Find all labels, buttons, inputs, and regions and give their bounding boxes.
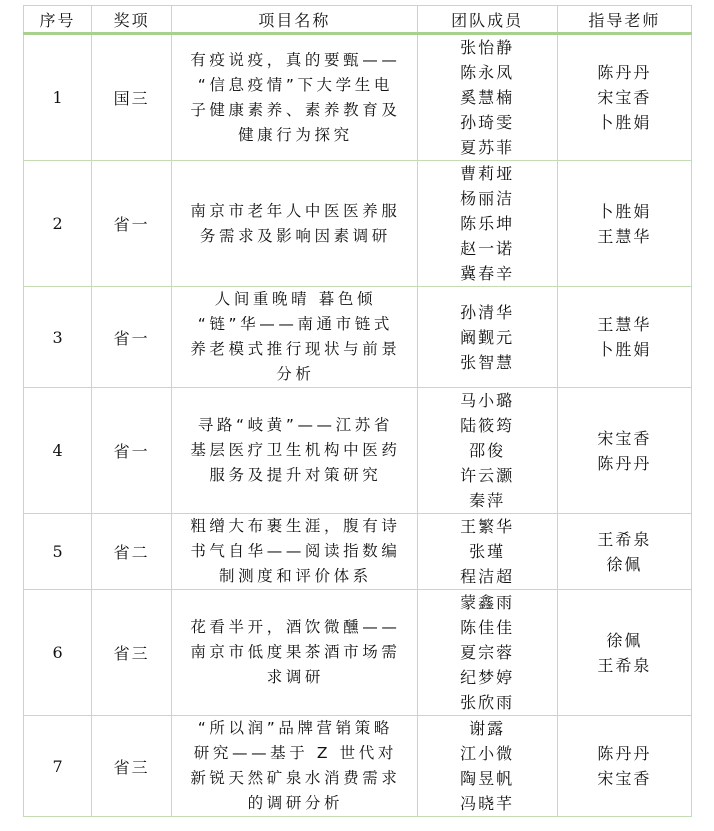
cell-members: 张怡静陈永凤奚慧楠孙琦雯夏苏菲 <box>417 34 557 161</box>
project-title-line: “链”华——南通市链式 <box>180 312 410 337</box>
cell-project-title: 花看半开，酒饮微醺——南京市低度果茶酒市场需求调研 <box>172 590 417 716</box>
cell-members: 王繁华张瑾程洁超 <box>417 514 557 590</box>
cell-award: 国三 <box>92 34 172 161</box>
teacher-name: 徐佩 <box>558 628 691 653</box>
table-row: 2省一南京市老年人中医医养服务需求及影响因素调研曹莉垭杨丽洁陈乐坤赵一诺冀春辛卜… <box>24 161 692 287</box>
cell-teachers: 宋宝香陈丹丹 <box>557 388 691 514</box>
project-title-line: 人间重晚晴 暮色倾 <box>180 287 410 312</box>
member-name: 奚慧楠 <box>418 85 557 110</box>
member-name: 纪梦婷 <box>418 665 557 690</box>
member-name: 夏宗蓉 <box>418 640 557 665</box>
project-title-line: 分析 <box>180 362 410 387</box>
project-title-line: 南京市低度果茶酒市场需 <box>180 640 410 665</box>
header-title: 项目名称 <box>172 6 417 34</box>
project-title-line: “信息疫情”下大学生电 <box>180 73 410 98</box>
project-title-line: 求调研 <box>180 665 410 690</box>
cell-project-title: 有疫说疫，真的要甄——“信息疫情”下大学生电子健康素养、素养教育及健康行为探究 <box>172 34 417 161</box>
teacher-name: 陈丹丹 <box>558 451 691 476</box>
cell-project-title: “所以润”品牌营销策略研究——基于 Z 世代对新锐天然矿泉水消费需求的调研分析 <box>172 716 417 817</box>
member-name: 陈乐坤 <box>418 211 557 236</box>
project-title-line: 健康行为探究 <box>180 123 410 148</box>
project-title-line: 务需求及影响因素调研 <box>180 224 410 249</box>
member-name: 孙琦雯 <box>418 110 557 135</box>
header-members: 团队成员 <box>417 6 557 34</box>
teacher-name: 卜胜娟 <box>558 337 691 362</box>
member-name: 秦萍 <box>418 488 557 513</box>
table-row: 1国三有疫说疫，真的要甄——“信息疫情”下大学生电子健康素养、素养教育及健康行为… <box>24 34 692 161</box>
cell-project-title: 寻路“岐黄”——江苏省基层医疗卫生机构中医药服务及提升对策研究 <box>172 388 417 514</box>
teacher-name: 宋宝香 <box>558 766 691 791</box>
member-name: 冀春辛 <box>418 261 557 286</box>
member-name: 张怡静 <box>418 35 557 60</box>
member-name: 陈佳佳 <box>418 615 557 640</box>
project-title-line: 服务及提升对策研究 <box>180 463 410 488</box>
table-row: 6省三花看半开，酒饮微醺——南京市低度果茶酒市场需求调研蒙鑫雨陈佳佳夏宗蓉纪梦婷… <box>24 590 692 716</box>
member-name: 冯晓芊 <box>418 791 557 816</box>
cell-award: 省一 <box>92 161 172 287</box>
cell-no: 2 <box>24 161 92 287</box>
table-row: 4省一寻路“岐黄”——江苏省基层医疗卫生机构中医药服务及提升对策研究马小璐陆筱筠… <box>24 388 692 514</box>
project-title-line: 有疫说疫，真的要甄—— <box>180 48 410 73</box>
member-name: 江小微 <box>418 741 557 766</box>
teacher-name: 王慧华 <box>558 312 691 337</box>
member-name: 赵一诺 <box>418 236 557 261</box>
project-title-line: 的调研分析 <box>180 791 410 816</box>
cell-members: 孙清华阚觐元张智慧 <box>417 287 557 388</box>
cell-no: 6 <box>24 590 92 716</box>
member-name: 陶昱帆 <box>418 766 557 791</box>
cell-no: 4 <box>24 388 92 514</box>
member-name: 陆筱筠 <box>418 413 557 438</box>
member-name: 蒙鑫雨 <box>418 590 557 615</box>
cell-teachers: 卜胜娟王慧华 <box>557 161 691 287</box>
cell-members: 马小璐陆筱筠邵俊许云灏秦萍 <box>417 388 557 514</box>
project-title-line: 基层医疗卫生机构中医药 <box>180 438 410 463</box>
awards-table: 序号 奖项 项目名称 团队成员 指导老师 1国三有疫说疫，真的要甄——“信息疫情… <box>23 5 692 817</box>
member-name: 程洁超 <box>418 564 557 589</box>
cell-award: 省三 <box>92 716 172 817</box>
header-row: 序号 奖项 项目名称 团队成员 指导老师 <box>24 6 692 34</box>
member-name: 张智慧 <box>418 350 557 375</box>
cell-no: 1 <box>24 34 92 161</box>
table-row: 5省二粗缯大布裹生涯，腹有诗书气自华——阅读指数编制测度和评价体系王繁华张瑾程洁… <box>24 514 692 590</box>
teacher-name: 宋宝香 <box>558 426 691 451</box>
teacher-name: 宋宝香 <box>558 85 691 110</box>
cell-award: 省三 <box>92 590 172 716</box>
table-body: 1国三有疫说疫，真的要甄——“信息疫情”下大学生电子健康素养、素养教育及健康行为… <box>24 34 692 817</box>
cell-teachers: 陈丹丹宋宝香 <box>557 716 691 817</box>
header-no: 序号 <box>24 6 92 34</box>
cell-teachers: 王慧华卜胜娟 <box>557 287 691 388</box>
teacher-name: 卜胜娟 <box>558 110 691 135</box>
project-title-line: 书气自华——阅读指数编 <box>180 539 410 564</box>
header-teachers: 指导老师 <box>557 6 691 34</box>
member-name: 杨丽洁 <box>418 186 557 211</box>
cell-members: 谢露江小微陶昱帆冯晓芊 <box>417 716 557 817</box>
cell-award: 省一 <box>92 388 172 514</box>
project-title-line: 制测度和评价体系 <box>180 564 410 589</box>
project-title-line: 南京市老年人中医医养服 <box>180 199 410 224</box>
cell-award: 省二 <box>92 514 172 590</box>
teacher-name: 王希泉 <box>558 653 691 678</box>
member-name: 陈永凤 <box>418 60 557 85</box>
cell-teachers: 陈丹丹宋宝香卜胜娟 <box>557 34 691 161</box>
table-row: 3省一人间重晚晴 暮色倾“链”华——南通市链式养老模式推行现状与前景分析孙清华阚… <box>24 287 692 388</box>
member-name: 张欣雨 <box>418 690 557 715</box>
project-title-line: 子健康素养、素养教育及 <box>180 98 410 123</box>
cell-project-title: 人间重晚晴 暮色倾“链”华——南通市链式养老模式推行现状与前景分析 <box>172 287 417 388</box>
project-title-line: “所以润”品牌营销策略 <box>180 716 410 741</box>
cell-members: 蒙鑫雨陈佳佳夏宗蓉纪梦婷张欣雨 <box>417 590 557 716</box>
teacher-name: 陈丹丹 <box>558 60 691 85</box>
teacher-name: 王慧华 <box>558 224 691 249</box>
member-name: 邵俊 <box>418 438 557 463</box>
cell-project-title: 南京市老年人中医医养服务需求及影响因素调研 <box>172 161 417 287</box>
member-name: 王繁华 <box>418 514 557 539</box>
member-name: 马小璐 <box>418 388 557 413</box>
cell-no: 5 <box>24 514 92 590</box>
cell-teachers: 徐佩王希泉 <box>557 590 691 716</box>
cell-award: 省一 <box>92 287 172 388</box>
teacher-name: 王希泉 <box>558 527 691 552</box>
member-name: 阚觐元 <box>418 325 557 350</box>
cell-members: 曹莉垭杨丽洁陈乐坤赵一诺冀春辛 <box>417 161 557 287</box>
cell-no: 7 <box>24 716 92 817</box>
member-name: 张瑾 <box>418 539 557 564</box>
cell-no: 3 <box>24 287 92 388</box>
project-title-line: 花看半开，酒饮微醺—— <box>180 615 410 640</box>
project-title-line: 养老模式推行现状与前景 <box>180 337 410 362</box>
teacher-name: 卜胜娟 <box>558 199 691 224</box>
member-name: 许云灏 <box>418 463 557 488</box>
cell-teachers: 王希泉徐佩 <box>557 514 691 590</box>
project-title-line: 研究——基于 Z 世代对 <box>180 741 410 766</box>
teacher-name: 陈丹丹 <box>558 741 691 766</box>
member-name: 夏苏菲 <box>418 135 557 160</box>
cell-project-title: 粗缯大布裹生涯，腹有诗书气自华——阅读指数编制测度和评价体系 <box>172 514 417 590</box>
header-award: 奖项 <box>92 6 172 34</box>
teacher-name: 徐佩 <box>558 552 691 577</box>
project-title-line: 寻路“岐黄”——江苏省 <box>180 413 410 438</box>
member-name: 谢露 <box>418 716 557 741</box>
member-name: 曹莉垭 <box>418 161 557 186</box>
project-title-line: 新锐天然矿泉水消费需求 <box>180 766 410 791</box>
table-row: 7省三“所以润”品牌营销策略研究——基于 Z 世代对新锐天然矿泉水消费需求的调研… <box>24 716 692 817</box>
member-name: 孙清华 <box>418 300 557 325</box>
project-title-line: 粗缯大布裹生涯，腹有诗 <box>180 514 410 539</box>
